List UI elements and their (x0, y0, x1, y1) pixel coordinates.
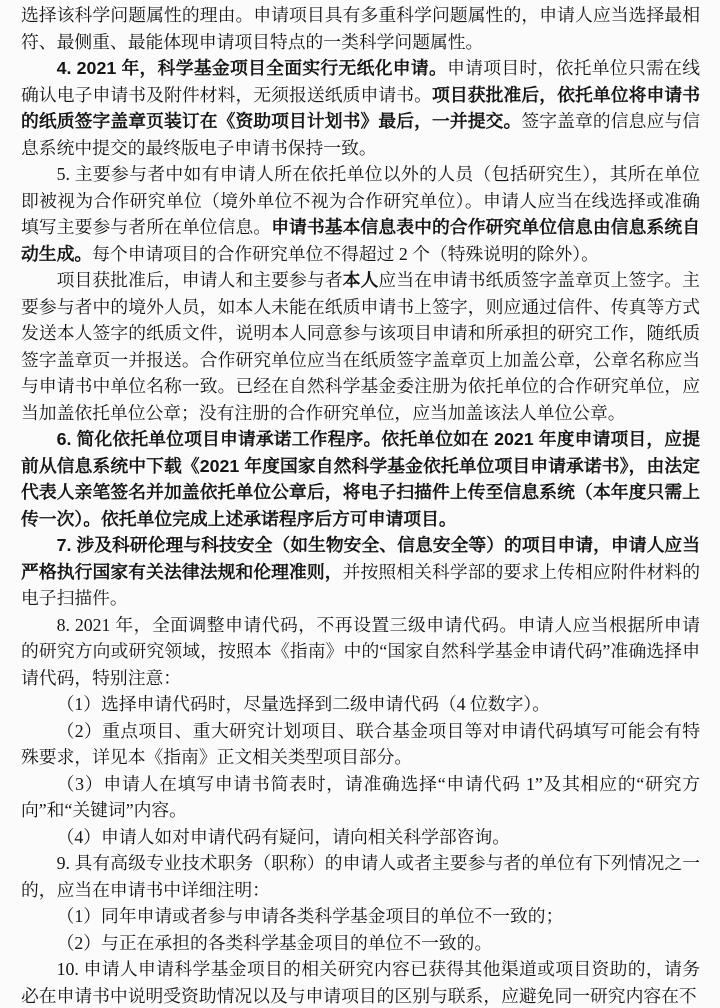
paragraph: （4）申请人如对申请代码有疑问，请向相关科学部咨询。 (21, 824, 700, 851)
bold-text-run: 本人 (343, 270, 379, 290)
paragraph: 7. 涉及科研伦理与科技安全（如生物安全、信息安全等）的项目申请，申请人应当严格… (21, 532, 700, 612)
text-run: （3）申请人在填写申请书简表时，请准确选择“申请代码 1”及其相应的“研究方向”… (21, 774, 700, 821)
text-run: 8. 2021 年，全面调整申请代码，不再设置三级申请代码。申请人应当根据所申请… (21, 615, 700, 688)
text-run: （1）选择申请代码时，尽量选择到二级申请代码（4 位数字）。 (57, 694, 550, 714)
document-page: 选择该科学问题属性的理由。申请项目具有多重科学问题属性的，申请人应当选择最相符、… (0, 0, 720, 1008)
paragraph: （3）申请人在填写申请书简表时，请准确选择“申请代码 1”及其相应的“研究方向”… (21, 771, 700, 824)
text-run: 10. 申请人申请科学基金项目的相关研究内容已获得其他渠道或项目资助的，请务必在… (21, 959, 700, 1006)
text-run: 每个申请项目的合作研究单位不得超过 2 个（特殊说明的除外）。 (92, 244, 599, 264)
paragraph: 5. 主要参与者中如有申请人所在依托单位以外的人员（包括研究生），其所在单位即被… (21, 161, 700, 267)
paragraph: （2）与正在承担的各类科学基金项目的单位不一致的。 (21, 930, 700, 957)
paragraph: （1）同年申请或者参与申请各类科学基金项目的单位不一致的； (21, 903, 700, 930)
paragraph: （2）重点项目、重大研究计划项目、联合基金项目等对申请代码填写可能会有特殊要求，… (21, 718, 700, 771)
paragraph: 4. 2021 年，科学基金项目全面实行无纸化申请。申请项目时，依托单位只需在线… (21, 55, 700, 161)
text-run: 项目获批准后，申请人和主要参与者 (57, 270, 343, 290)
paragraph: 项目获批准后，申请人和主要参与者本人应当在申请书纸质签字盖章页上签字。主要参与者… (21, 267, 700, 426)
paragraph: 选择该科学问题属性的理由。申请项目具有多重科学问题属性的，申请人应当选择最相符、… (21, 2, 700, 55)
bold-text-run: 6. 简化依托单位项目申请承诺工作程序。依托单位如在 2021 年度申请项目，应… (21, 429, 700, 529)
text-run: （2）与正在承担的各类科学基金项目的单位不一致的。 (57, 933, 493, 953)
document-text: 选择该科学问题属性的理由。申请项目具有多重科学问题属性的，申请人应当选择最相符、… (21, 2, 700, 1008)
text-run: 应当在申请书纸质签字盖章页上签字。主要参与者中的境外人员，如本人未能在纸质申请书… (21, 270, 700, 423)
text-run: （1）同年申请或者参与申请各类科学基金项目的单位不一致的； (57, 906, 564, 926)
text-run: 选择该科学问题属性的理由。申请项目具有多重科学问题属性的，申请人应当选择最相符、… (21, 5, 700, 52)
text-run: （2）重点项目、重大研究计划项目、联合基金项目等对申请代码填写可能会有特殊要求，… (21, 721, 700, 768)
text-run: 9. 具有高级专业技术职务（职称）的申请人或者主要参与者的单位有下列情况之一的，… (21, 853, 700, 900)
bold-text-run: 4. 2021 年，科学基金项目全面实行无纸化申请。 (57, 58, 447, 78)
paragraph: 6. 简化依托单位项目申请承诺工作程序。依托单位如在 2021 年度申请项目，应… (21, 426, 700, 532)
paragraph: 8. 2021 年，全面调整申请代码，不再设置三级申请代码。申请人应当根据所申请… (21, 612, 700, 692)
paragraph: （1）选择申请代码时，尽量选择到二级申请代码（4 位数字）。 (21, 691, 700, 718)
text-run: （4）申请人如对申请代码有疑问，请向相关科学部咨询。 (57, 827, 510, 847)
paragraph: 10. 申请人申请科学基金项目的相关研究内容已获得其他渠道或项目资助的，请务必在… (21, 956, 700, 1008)
paragraph: 9. 具有高级专业技术职务（职称）的申请人或者主要参与者的单位有下列情况之一的，… (21, 850, 700, 903)
